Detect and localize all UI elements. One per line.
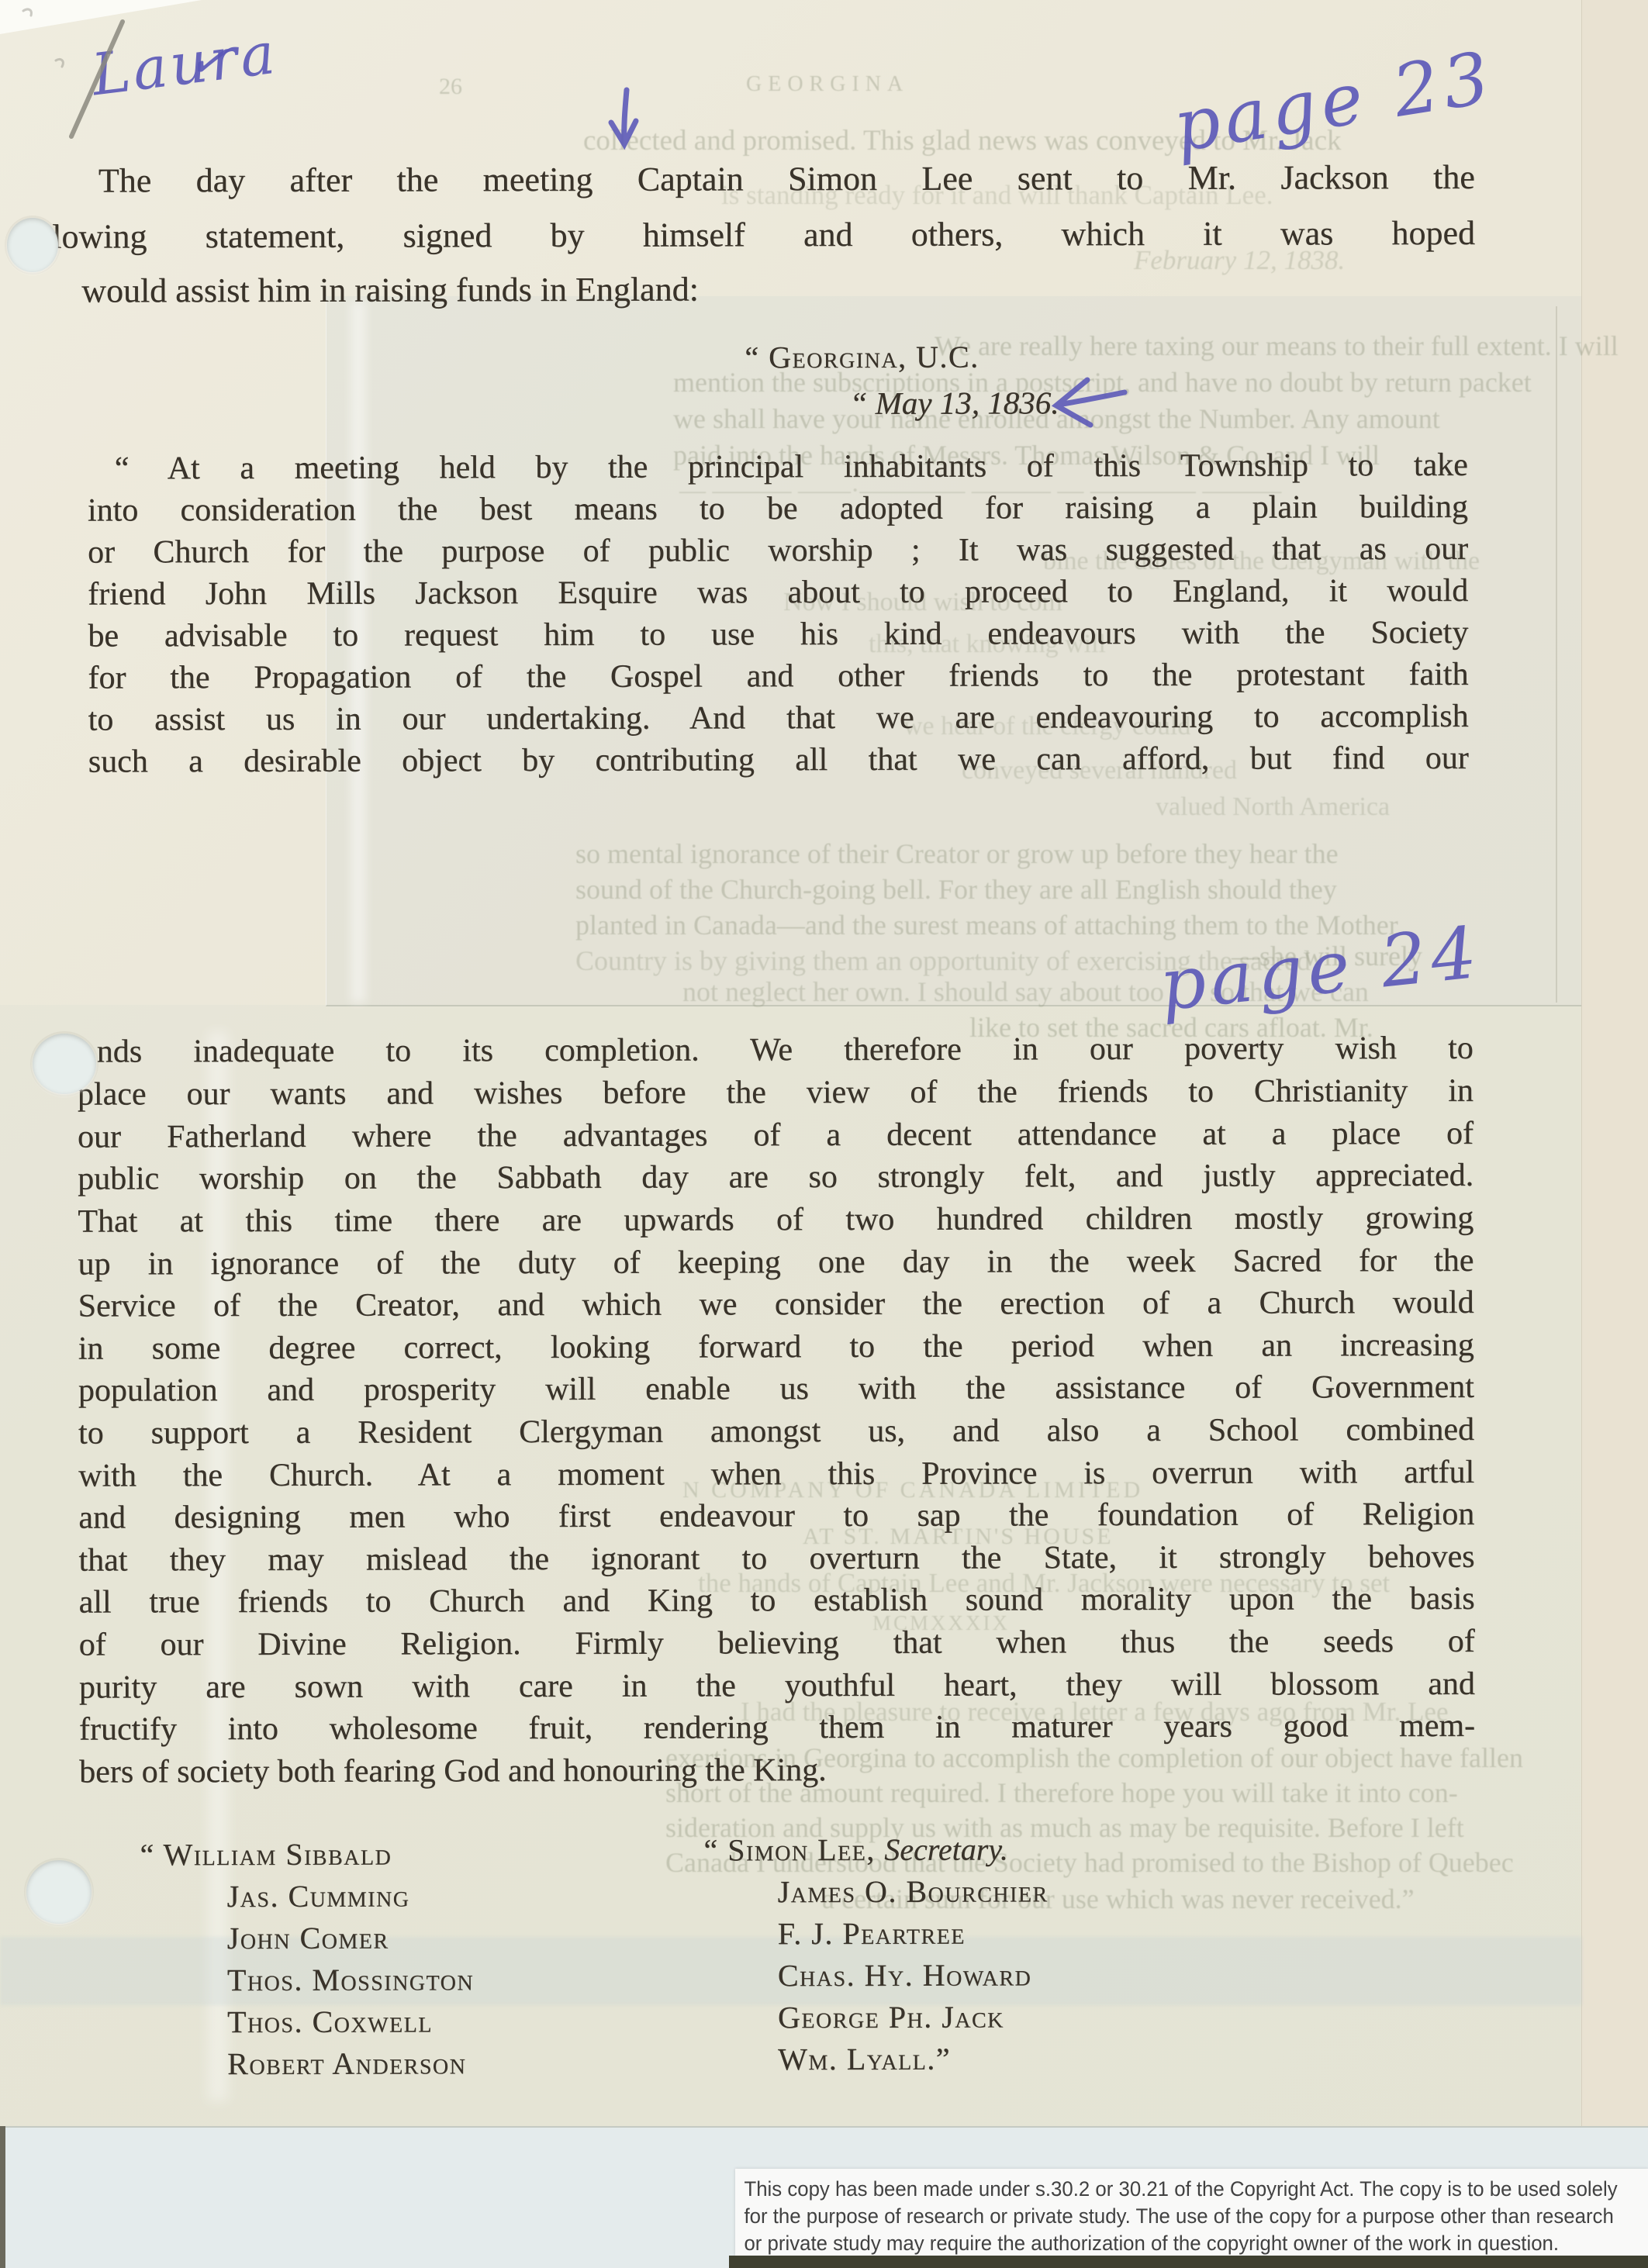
body-line: or Church for the purpose of public wors… (88, 530, 1468, 571)
body-line: of our Divine Religion. Firmly believing… (79, 1623, 1475, 1664)
body-line: population and prosperity will enable us… (78, 1369, 1474, 1410)
signature: James O. Bourchier (777, 1873, 1048, 1910)
signature: F. J. Peartree (778, 1915, 966, 1952)
signature: Jas. Cumming (227, 1877, 410, 1914)
signature: “ William Sibbald (140, 1835, 392, 1873)
signature-secretary: “ Simon Lee, Secretary. (703, 1831, 1008, 1868)
signature: Thos. Coxwell (227, 2003, 433, 2040)
body-line: Service of the Creator, and which we con… (78, 1284, 1474, 1325)
body-line: public worship on the Sabbath day are so… (78, 1157, 1474, 1198)
body-line: and designing men who first endeavour to… (78, 1496, 1474, 1537)
intro-line: The day after the meeting Captain Simon … (98, 158, 1475, 201)
dateline-place: “ Georgina, U.C. (745, 339, 979, 375)
printed-text-layer: The day after the meeting Captain Simon … (0, 0, 1648, 2268)
copyright-line: for the purpose of research or private s… (735, 2203, 1607, 2230)
body-line: up in ignorance of the duty of keeping o… (78, 1242, 1474, 1283)
body-line: nds inadequate to its completion. We the… (97, 1030, 1474, 1071)
body-line: fructify into wholesome fruit, rendering… (79, 1707, 1475, 1748)
signature: Thos. Mossington (227, 1961, 474, 1998)
intro-line: llowing statement, signed by himself and… (43, 214, 1475, 257)
hole-punch (7, 218, 58, 272)
body-line: to support a Resident Clergyman amongst … (78, 1411, 1474, 1452)
signature: George Ph. Jack (778, 1998, 1004, 2035)
signature: John Comer (227, 1919, 389, 1956)
body-line: into consideration the best means to be … (88, 488, 1468, 530)
dateline-date: “ May 13, 1836. (849, 385, 1059, 422)
signature: Wm. Lyall.” (778, 2041, 951, 2078)
signature: Robert Anderson (227, 2045, 466, 2082)
body-line: our Fatherland where the advantages of a… (78, 1115, 1474, 1156)
body-line: friend John Mills Jackson Esquire was ab… (88, 572, 1468, 613)
signature-name: “ Simon Lee, (703, 1832, 884, 1868)
body-line: “ At a meeting held by the principal inh… (115, 447, 1468, 488)
body-line: bers of society both fearing God and hon… (79, 1752, 827, 1791)
signature: Chas. Hy. Howard (778, 1956, 1031, 1994)
hole-punch (33, 1034, 96, 1094)
body-line: such a desirable object by contributing … (88, 740, 1469, 781)
signature-role: Secretary. (884, 1831, 1008, 1866)
body-line: that they may mislead the ignorant to ov… (78, 1538, 1474, 1579)
body-line: That at this time there are upwards of t… (78, 1200, 1474, 1241)
body-line: place our wants and wishes before the vi… (78, 1072, 1474, 1113)
body-line: in some degree correct, looking forward … (78, 1327, 1474, 1368)
handwritten-checkmark: ✓ (184, 30, 233, 93)
copyright-notice-box: This copy has been made under s.30.2 or … (735, 2169, 1648, 2256)
body-line: be advisable to request him to use his k… (88, 614, 1468, 655)
body-line: with the Church. At a moment when this P… (78, 1454, 1474, 1495)
scanned-document-page: 26GEORGINAcollected and promised. This g… (0, 0, 1648, 2268)
body-line: to assist us in our undertaking. And tha… (88, 698, 1469, 739)
body-line: all true friends to Church and King to e… (79, 1580, 1475, 1621)
scan-bottom-edge (729, 2256, 1648, 2268)
hole-punch (26, 1860, 92, 1924)
intro-line: would assist him in raising funds in Eng… (81, 270, 699, 311)
copyright-line: This copy has been made under s.30.2 or … (735, 2169, 1607, 2203)
body-line: purity are sown with care in the youthfu… (79, 1666, 1475, 1707)
copyright-line: or private study may require the authori… (735, 2230, 1607, 2257)
body-line: for the Propagation of the Gospel and ot… (88, 656, 1468, 697)
